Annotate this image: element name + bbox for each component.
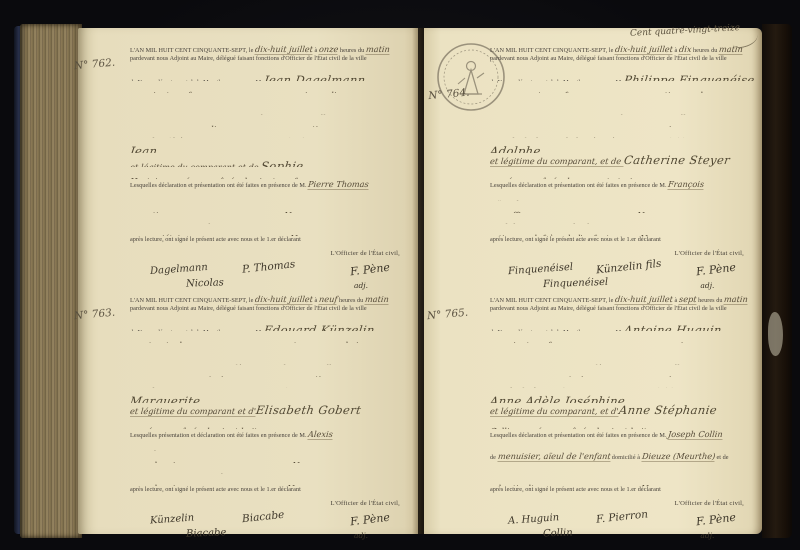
record-line: domicilié à Nancy, bbox=[130, 343, 410, 354]
ruled-fill-line bbox=[314, 201, 394, 212]
signature: Biacabe bbox=[241, 509, 284, 525]
ruled-fill-line bbox=[299, 440, 368, 451]
handwriting-text: rentier, bbox=[137, 210, 169, 212]
handwriting-text: seize juillet bbox=[645, 113, 693, 115]
printed-text: L'AN MIL HUIT CENT CINQUANTE-SEPT, le bbox=[130, 297, 255, 304]
ruled-fill-line bbox=[631, 388, 752, 403]
ruled-fill-line bbox=[532, 201, 603, 212]
record-number: N° 765. bbox=[414, 306, 500, 539]
record-number: N° 764. bbox=[415, 86, 498, 289]
ruled-fill-line bbox=[364, 331, 408, 342]
ruled-fill-line bbox=[190, 343, 408, 354]
ruled-fill-line bbox=[132, 190, 208, 201]
handwriting-text: onze bbox=[567, 124, 588, 126]
handwriting-text: dix bbox=[207, 124, 221, 126]
record-line: domicilié à Nancy, bbox=[490, 343, 754, 354]
handwriting-text: masculin bbox=[593, 113, 631, 115]
record-line: de Nancy, département de la Meurthe, a c… bbox=[490, 67, 754, 82]
handwriting-text: rue du faubourg St. Pierre bbox=[490, 386, 600, 388]
officer-label: L'Officier de l'État civil, bbox=[330, 250, 400, 257]
ruled-fill-line bbox=[202, 377, 277, 388]
handwriting-text: son épouse, âgée de quarante-trois ans ; bbox=[490, 176, 659, 178]
printed-text: pardevant nous Adjoint au Maire, délégué… bbox=[130, 55, 367, 62]
handwriting-text: et légitime du comparant, et de bbox=[490, 156, 624, 167]
officer-signature: F. Pène bbox=[350, 511, 391, 529]
signature: Collin bbox=[543, 527, 573, 539]
signatures: KünzelinBiacabeBiacabeF. Pèneadj. bbox=[130, 509, 410, 545]
handwriting-text: masculin bbox=[233, 113, 271, 115]
ruled-fill-line bbox=[672, 474, 729, 485]
record-line: âgé de soixante-treize ans, profession bbox=[130, 190, 410, 201]
ruled-fill-line bbox=[335, 104, 408, 115]
ruled-fill-line bbox=[569, 81, 614, 92]
handwriting-text: trois bbox=[207, 374, 227, 376]
record-body: L'AN MIL HUIT CENT CINQUANTE-SEPT, le di… bbox=[490, 36, 754, 286]
handwriting-text: Rue des Artisans bbox=[130, 386, 201, 388]
handwriting-text: menuisier, aïeul de l'enfant bbox=[497, 451, 611, 462]
handwriting-text: dix-huit juillet bbox=[614, 294, 673, 305]
handwriting-text: et légitime du comparant et d' bbox=[130, 406, 256, 417]
handwriting-text: Nancy, bbox=[519, 102, 548, 104]
ruled-fill-line bbox=[670, 224, 728, 235]
record-line: L'AN MIL HUIT CENT CINQUANTE-SEPT, le di… bbox=[490, 294, 754, 305]
handwriting-text: seize juillet bbox=[640, 363, 688, 365]
record: N° 763.L'AN MIL HUIT CENT CINQUANTE-SEPT… bbox=[78, 286, 418, 536]
handwriting-text: journalier bbox=[303, 90, 345, 92]
handwriting-text: Marguerite bbox=[130, 394, 201, 403]
record-line: de tisserand, frère de l'enfant domicili… bbox=[490, 224, 754, 235]
handwriting-text: Joseph Collin bbox=[668, 429, 724, 440]
printed-text: heures du bbox=[691, 47, 719, 54]
ruled-fill-line bbox=[170, 201, 250, 212]
record-line: mil huit cent cinquante-sept, à trois he… bbox=[490, 365, 754, 376]
printed-text: L'AN MIL HUIT CENT CINQUANTE-SEPT, le bbox=[490, 47, 615, 54]
handwriting-text: matin bbox=[724, 294, 749, 305]
record-line: Rue des Artisansn° 57, et nommé bbox=[130, 377, 410, 388]
record-line: lequel nous a présenté un enfant du sexe… bbox=[130, 104, 410, 115]
printed-text: L'AN MIL HUIT CENT CINQUANTE-SEPT, le bbox=[490, 297, 615, 304]
handwriting-text: n° 16, bbox=[651, 386, 677, 388]
record-line: M. Philippe Finquenéisel âgé de vingt-un… bbox=[490, 213, 754, 224]
handwriting-text: greffier, bbox=[497, 210, 531, 212]
handwriting-text: Dieuze (Meurthe) bbox=[641, 451, 715, 462]
ruled-fill-line bbox=[377, 317, 408, 332]
ruled-fill-line bbox=[589, 115, 629, 126]
record-line: pardevant nous Adjoint au Maire, délégué… bbox=[490, 305, 754, 316]
handwriting-text: Nancy, bbox=[641, 483, 670, 485]
printed-text: pardevant nous Adjoint au Maire, délégué… bbox=[490, 305, 727, 312]
officer-row: L'Officier de l'État civil, bbox=[490, 500, 744, 507]
record-line: Rue des Chétissesn° 74, et nommé bbox=[130, 127, 410, 138]
record-line: de greffier, domicilié à Nancy, et de bbox=[490, 201, 754, 212]
record-line: après lecture, ont signé le présent acte… bbox=[490, 486, 754, 497]
record-line: domicilié à Nancy, bbox=[490, 93, 754, 104]
officer-signature-title: adj. bbox=[354, 531, 368, 540]
ruled-fill-line bbox=[543, 138, 752, 153]
ruled-fill-line bbox=[293, 463, 369, 474]
record-line: pardevant nous Adjoint au Maire, délégué… bbox=[490, 55, 754, 66]
ruled-fill-line bbox=[327, 115, 374, 126]
record: N° 765.L'AN MIL HUIT CENT CINQUANTE-SEPT… bbox=[424, 286, 762, 536]
record: N° 762.L'AN MIL HUIT CENT CINQUANTE-SEPT… bbox=[78, 36, 418, 286]
signatures: FinquenéiselKünzelin filsFinquenéiselF. … bbox=[490, 259, 754, 295]
record-line: après lecture, ont signé le présent acte… bbox=[130, 486, 410, 497]
record-line: pardevant nous Adjoint au Maire, délégué… bbox=[130, 55, 410, 66]
handwriting-text: neuf bbox=[318, 294, 338, 305]
record-line: domicilié à Nancy, bbox=[130, 93, 410, 104]
handwriting-text: Nancy, bbox=[519, 352, 548, 354]
handwriting-text: Philippe Finquenéisel, bbox=[623, 73, 754, 82]
handwriting-text: Biacabe bbox=[130, 449, 164, 451]
handwriting-text: féminin bbox=[233, 363, 266, 365]
record-line: de propriétaire, domicilié à Nancy, lesq… bbox=[130, 224, 410, 235]
record-line: Lesquelles présentation et déclaration o… bbox=[130, 429, 410, 440]
handwriting-text: cordonnier, bbox=[137, 460, 185, 462]
signature: F. Pierron bbox=[595, 508, 648, 525]
record-body: L'AN MIL HUIT CENT CINQUANTE-SEPT, le di… bbox=[130, 36, 410, 286]
photo-background: N° 762.L'AN MIL HUIT CENT CINQUANTE-SEPT… bbox=[0, 0, 800, 550]
record-line: âgé de cinquante-cinq ans, profession bbox=[490, 440, 754, 451]
record-line: rue du faubourg St. Pierren° 16, et nomm… bbox=[490, 377, 754, 388]
ruled-fill-line bbox=[645, 213, 713, 224]
record-line: de rentier, domicilié à Nancy, et de bbox=[130, 201, 410, 212]
handwriting-text: Nancy, bbox=[159, 352, 188, 354]
ruled-fill-line bbox=[678, 365, 718, 376]
record-line: après lecture, ont signé le présent acte… bbox=[490, 236, 754, 247]
handwriting-text: onze bbox=[318, 44, 339, 55]
ruled-fill-line bbox=[321, 167, 408, 178]
record-line: lequel nous a présenté un enfant du sexe… bbox=[490, 104, 754, 115]
handwriting-text: soixante-treize bbox=[229, 199, 291, 201]
handwriting-text: Nancy, bbox=[159, 102, 188, 104]
handwriting-text: Nancy, bbox=[287, 483, 316, 485]
record-line: âgé de vingt-neuf ans, profession de van… bbox=[490, 331, 754, 342]
handwriting-text: Rue du faubourg de la Pépinière bbox=[490, 136, 625, 138]
handwriting-text: quarante-neuf bbox=[507, 90, 567, 92]
handwriting-text: cordonnier, bbox=[137, 483, 185, 485]
handwriting-text: Catherine Steyer bbox=[623, 153, 731, 168]
printed-text: après lecture, ont signé le présent acte… bbox=[130, 486, 301, 493]
record-line: âgé de quarante-neuf ans, profession de … bbox=[490, 81, 754, 92]
handwriting-text: Rue des Chétisses bbox=[130, 136, 206, 138]
handwriting-text: matin bbox=[365, 44, 390, 55]
ruled-fill-line bbox=[347, 81, 408, 92]
handwriting-text: dix-sept juillet bbox=[280, 363, 340, 365]
ruled-fill-line bbox=[707, 81, 752, 92]
ruled-fill-line bbox=[320, 224, 384, 235]
handwriting-text: Nancy, bbox=[290, 233, 319, 235]
handwriting-text: vingt-cinq bbox=[255, 449, 298, 451]
record-line: et légitime du comparant, et de Catherin… bbox=[490, 153, 754, 168]
signatures: A. HuguinF. PierronCollinF. Pèneadj. bbox=[490, 509, 754, 545]
handwriting-text: dix-huit juillet bbox=[254, 44, 313, 55]
printed-text: après lecture, ont signé le présent acte… bbox=[130, 236, 301, 243]
handwriting-text: et légitime du comparant, et d' bbox=[490, 406, 619, 417]
ruled-fill-line bbox=[678, 115, 718, 126]
signature: Dagelmann bbox=[149, 262, 207, 277]
officer-row: L'Officier de l'État civil, bbox=[130, 500, 400, 507]
signature: Biacabe bbox=[186, 527, 227, 539]
ruled-fill-line bbox=[331, 365, 375, 376]
cover-label-remnant bbox=[768, 312, 783, 356]
handwriting-text: vingt-neuf bbox=[507, 340, 550, 342]
ruled-fill-line bbox=[589, 365, 629, 376]
record-line: mil huit cent cinquante-sept, à dix heur… bbox=[130, 115, 410, 126]
handwriting-text: Adolphe bbox=[490, 144, 542, 153]
ruled-fill-line bbox=[656, 190, 712, 201]
ruled-fill-line bbox=[293, 190, 369, 201]
printed-text: heures du bbox=[338, 47, 366, 54]
right-page-records: N° 764.L'AN MIL HUIT CENT CINQUANTE-SEPT… bbox=[424, 36, 762, 534]
signature: P. Thomas bbox=[242, 258, 296, 276]
ruled-fill-line bbox=[728, 317, 752, 332]
printed-text: Lesquelles déclaration et présentation o… bbox=[130, 182, 308, 189]
ruled-fill-line bbox=[678, 377, 725, 388]
ruled-fill-line bbox=[552, 331, 609, 342]
record-body: L'AN MIL HUIT CENT CINQUANTE-SEPT, le di… bbox=[490, 286, 754, 536]
record-line: mil huit cent cinquante-sept, à onze heu… bbox=[490, 115, 754, 126]
ruled-fill-line bbox=[192, 224, 256, 235]
record-line: mil huit cent cinquante-sept, à trois he… bbox=[130, 365, 410, 376]
record-line: son épouse, âgée de vingt-huit ans ; bbox=[130, 417, 410, 428]
handwriting-text: n° 74, bbox=[281, 136, 307, 138]
ruled-fill-line bbox=[306, 153, 408, 168]
printed-text: et de bbox=[715, 454, 729, 461]
handwriting-text: dix-huit juillet bbox=[614, 44, 673, 55]
ruled-fill-line bbox=[187, 474, 254, 485]
handwriting-text: son épouse, âgée de vingt-huit ans ; bbox=[130, 426, 280, 428]
record-line: M. François Pierron âgé de cinquante ans… bbox=[490, 463, 754, 474]
officer-row: L'Officier de l'État civil, bbox=[490, 250, 744, 257]
record-line: M. Jean Pierre Nicolas âgé de soixante-s… bbox=[130, 213, 410, 224]
ruled-fill-line bbox=[492, 440, 560, 451]
signature: Künzelin fils bbox=[595, 258, 661, 277]
ruled-fill-line bbox=[531, 190, 587, 201]
handwriting-text: Jean Pierre Nicolas bbox=[138, 222, 219, 224]
ruled-fill-line bbox=[309, 127, 381, 138]
handwriting-text: Nancy, bbox=[292, 460, 321, 462]
record-line: son épouse, âgée de quarante-trois ans ; bbox=[490, 167, 754, 178]
handwriting-text: Anne Adèle Joséphine, bbox=[490, 394, 630, 403]
handwriting-text: Jean Dagelmann bbox=[263, 73, 367, 82]
handwriting-text: seize juillet bbox=[285, 113, 333, 115]
handwriting-text: dix bbox=[678, 44, 692, 55]
handwriting-text: Sophie bbox=[260, 159, 305, 168]
officer-signature-title: adj. bbox=[700, 281, 714, 290]
ruled-fill-line bbox=[695, 331, 752, 342]
printed-text: domicilié à bbox=[610, 454, 641, 461]
handwriting-text: Philippe Finquenéisel bbox=[498, 222, 589, 224]
record-line: L'AN MIL HUIT CENT CINQUANTE-SEPT, le di… bbox=[130, 44, 410, 55]
handwriting-text: tourneur en bois bbox=[292, 340, 362, 342]
handwriting-text: trente-cinq bbox=[608, 199, 655, 201]
ruled-fill-line bbox=[667, 201, 738, 212]
printed-text: après lecture, ont signé le présent acte… bbox=[490, 236, 661, 243]
handwriting-text: Jean Baptiste Biacabe bbox=[138, 472, 230, 474]
ruled-fill-line bbox=[190, 93, 408, 104]
handwriting-text: dix-huit juillet bbox=[254, 294, 313, 305]
left-page-records: N° 762.L'AN MIL HUIT CENT CINQUANTE-SEPT… bbox=[78, 36, 418, 534]
record-line: Jean bbox=[130, 138, 410, 153]
record: N° 764.L'AN MIL HUIT CENT CINQUANTE-SEPT… bbox=[424, 36, 762, 286]
record-line: de menuisier, aïeul de l'enfant domicili… bbox=[490, 451, 754, 462]
ruled-fill-line bbox=[551, 474, 608, 485]
record-body: L'AN MIL HUIT CENT CINQUANTE-SEPT, le di… bbox=[130, 286, 410, 536]
handwriting-text: vingt-sept bbox=[249, 472, 292, 474]
handwriting-text: horticulteur, bbox=[497, 483, 550, 485]
printed-text: Lesquelles présentation et déclaration o… bbox=[130, 432, 308, 439]
record-line: de horticulteur, domicilié à Nancy, lesq… bbox=[490, 474, 754, 485]
record-line: âgé de vingt-neuf ans, profession de jou… bbox=[130, 81, 410, 92]
printed-text: L'AN MIL HUIT CENT CINQUANTE-SEPT, le bbox=[130, 47, 255, 54]
handwriting-text: Edouard Künzelin bbox=[263, 323, 376, 332]
ruled-fill-line bbox=[645, 440, 713, 451]
ruled-fill-line bbox=[317, 474, 384, 485]
record-line: après lecture, ont signé le présent acte… bbox=[130, 236, 410, 247]
record-line: Künzelin, âgé de trente-cinq ans, profes… bbox=[490, 190, 754, 201]
left-page: N° 762.L'AN MIL HUIT CENT CINQUANTE-SEPT… bbox=[78, 28, 418, 534]
handwriting-text: soixante-six bbox=[238, 222, 288, 224]
handwriting-text: féminin bbox=[593, 363, 626, 365]
ruled-fill-line bbox=[198, 331, 242, 342]
record-line: M. Jean Baptiste Biacabe âgé de vingt-se… bbox=[130, 463, 410, 474]
handwriting-text: Jean bbox=[130, 144, 158, 153]
registry-book: N° 762.L'AN MIL HUIT CENT CINQUANTE-SEPT… bbox=[14, 24, 792, 538]
ruled-fill-line bbox=[229, 365, 273, 376]
ruled-fill-line bbox=[322, 451, 394, 462]
record-line: Adolphe bbox=[490, 138, 754, 153]
record-line: Hostein, son épouse, âgée de vingt-neuf … bbox=[130, 167, 410, 178]
handwriting-text: Nancy, bbox=[639, 233, 668, 235]
ruled-fill-line bbox=[602, 377, 649, 388]
record-line: Marguerite bbox=[130, 388, 410, 403]
handwriting-text: Antoine Huguin, bbox=[623, 323, 727, 332]
signature: Finquenéisel bbox=[543, 277, 609, 290]
officer-row: L'Officier de l'État civil, bbox=[130, 250, 400, 257]
handwriting-text: matin bbox=[718, 44, 743, 55]
handwriting-text: Hostein, son épouse, âgée de vingt-neuf … bbox=[130, 176, 319, 178]
ruled-fill-line bbox=[306, 377, 381, 388]
ruled-fill-line bbox=[695, 104, 752, 115]
ruled-fill-line bbox=[627, 127, 662, 138]
handwriting-text: et légitime du comparant et de bbox=[130, 162, 262, 168]
ruled-fill-line bbox=[671, 417, 752, 428]
record-line: de cordonnier, domicilié à Nancy, lesque… bbox=[130, 474, 410, 485]
ruled-fill-line bbox=[689, 354, 752, 365]
handwriting-text: François bbox=[668, 179, 705, 190]
record-line: et légitime du comparant, et d'Anne Stép… bbox=[490, 403, 754, 418]
handwriting-text: Collin, son épouse, âgée de vingt-huit a… bbox=[490, 426, 669, 428]
printed-text: Lesquelles déclaration et présentation o… bbox=[490, 432, 668, 439]
record-line: de cordonnier, domicilié à Nancy, et de bbox=[130, 451, 410, 462]
record-line: et légitime du comparant et de Sophie bbox=[130, 153, 410, 168]
officer-signature-title: adj. bbox=[700, 531, 714, 540]
handwriting-text: vannier, bbox=[659, 340, 693, 342]
book-cover-right bbox=[762, 24, 792, 538]
record-line: Biacabe âgé de vingt-cinq ans, professio… bbox=[130, 440, 410, 451]
ruled-fill-line bbox=[690, 127, 725, 138]
record-line: âgé de trente-deux ans, profession de to… bbox=[130, 331, 410, 342]
printed-text: heures du bbox=[697, 297, 725, 304]
handwriting-text: Alexis bbox=[308, 429, 334, 440]
officer-label: L'Officier de l'État civil, bbox=[674, 500, 744, 507]
ruled-fill-line bbox=[159, 138, 408, 153]
ruled-fill-line bbox=[550, 343, 752, 354]
handwriting-text: sept bbox=[678, 294, 697, 305]
ruled-fill-line bbox=[550, 93, 752, 104]
ruled-fill-line bbox=[187, 451, 259, 462]
handwriting-text: propriétaire, bbox=[137, 233, 191, 235]
handwriting-text: Nancy, bbox=[283, 210, 312, 212]
printed-text: pardevant nous Adjoint au Maire, délégué… bbox=[130, 305, 367, 312]
ruled-fill-line bbox=[222, 115, 269, 126]
ruled-fill-line bbox=[341, 354, 408, 365]
record-line: Lesquelles déclaration et présentation o… bbox=[490, 429, 754, 440]
handwriting-text: Pierre Thomas bbox=[308, 179, 370, 190]
handwriting-text: matin bbox=[364, 294, 389, 305]
handwriting-text: matin, bbox=[302, 374, 330, 376]
handwriting-text: Elisabeth Gobert bbox=[255, 403, 362, 418]
record-line: Rue du faubourg de la Pépinièren° 10, et… bbox=[490, 127, 754, 138]
record-line: de Nancy, département de la Meurthe, a c… bbox=[130, 67, 410, 82]
record-line: L'AN MIL HUIT CENT CINQUANTE-SEPT, le di… bbox=[490, 44, 754, 55]
signature: Nicolas bbox=[186, 277, 224, 289]
signature: Finquenéisel bbox=[508, 262, 574, 278]
record-line: lequel nous a présenté un enfant du sexe… bbox=[490, 354, 754, 365]
record-line: Lesquelles déclaration et présentation o… bbox=[490, 179, 754, 190]
handwriting-text: Nancy, bbox=[636, 210, 665, 212]
handwriting-text: trente-deux bbox=[147, 340, 196, 342]
handwriting-text: François Pierron bbox=[498, 472, 569, 474]
officer-signature-title: adj. bbox=[354, 281, 368, 290]
handwriting-text: tisserand, bbox=[664, 90, 706, 92]
handwriting-text: cinquante bbox=[587, 472, 629, 474]
right-page: Cent quatre-vingt-treize N° 764.L'AN MIL… bbox=[424, 28, 762, 534]
handwriting-text: soir, bbox=[658, 374, 677, 376]
officer-label: L'Officier de l'État civil, bbox=[674, 250, 744, 257]
handwriting-text: Künzelin, bbox=[490, 199, 529, 201]
ruled-fill-line bbox=[631, 463, 712, 474]
ruled-fill-line bbox=[660, 167, 752, 178]
handwriting-text: n° 10, bbox=[663, 136, 689, 138]
handwriting-text: matin, bbox=[298, 124, 326, 126]
signature: A. Huguin bbox=[508, 512, 560, 527]
record-line: et légitime du comparant et d'Elisabeth … bbox=[130, 403, 410, 418]
printed-text: après lecture, ont signé le présent acte… bbox=[490, 486, 661, 493]
officer-label: L'Officier de l'État civil, bbox=[330, 500, 400, 507]
signatures: DagelmannP. ThomasNicolasF. Pèneadj. bbox=[130, 259, 410, 295]
handwriting-text: soir, bbox=[658, 124, 677, 126]
signature: Künzelin bbox=[149, 512, 194, 526]
handwriting-text: Anne Stéphanie bbox=[617, 403, 717, 418]
record-line: de Nancy, département de la Meurthe, a c… bbox=[490, 317, 754, 332]
record-line: pardevant nous Adjoint au Maire, délégué… bbox=[130, 305, 410, 316]
ruled-fill-line bbox=[368, 67, 408, 82]
handwriting-text: trois bbox=[567, 374, 587, 376]
handwriting-text: n° 57, bbox=[279, 386, 305, 388]
ruled-fill-line bbox=[192, 81, 253, 92]
record-line: L'AN MIL HUIT CENT CINQUANTE-SEPT, le di… bbox=[130, 294, 410, 305]
printed-text: Lesquelles déclaration et présentation o… bbox=[490, 182, 668, 189]
officer-signature: F. Pène bbox=[350, 261, 391, 279]
ruled-fill-line bbox=[281, 417, 408, 428]
printed-text: pardevant nous Adjoint au Maire, délégué… bbox=[490, 55, 727, 62]
ruled-fill-line bbox=[202, 388, 408, 403]
officer-signature: F. Pène bbox=[695, 511, 736, 529]
record-line: de Nancy, département de la Meurthe, a c… bbox=[130, 317, 410, 332]
record-line: Collin, son épouse, âgée de vingt-huit a… bbox=[490, 417, 754, 428]
ruled-fill-line bbox=[289, 213, 368, 224]
